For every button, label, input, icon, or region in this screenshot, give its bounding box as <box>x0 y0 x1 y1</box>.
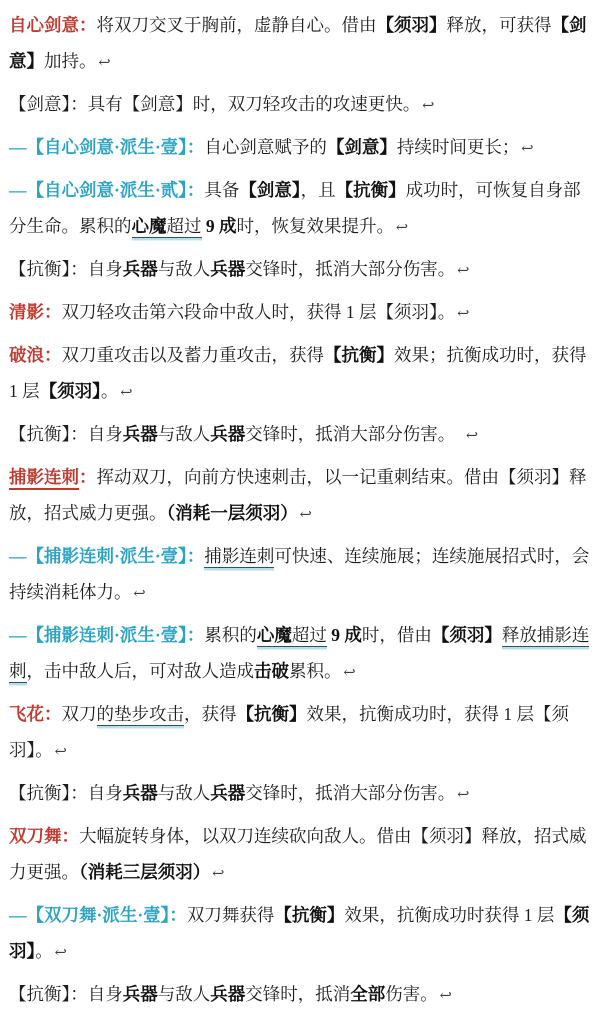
text-run: 【抗衡】 <box>274 905 344 925</box>
text-run: 【抗衡】：自身 <box>9 984 123 1004</box>
text-run: 【抗衡】：自身 <box>9 424 123 444</box>
text-run: 【抗衡】 <box>324 345 394 365</box>
text-run: 【须羽】 <box>432 625 502 645</box>
text-run: —【自心剑意·派生·贰】： <box>9 180 204 200</box>
text-run: 与敌人 <box>158 424 211 444</box>
paragraph: 双刀舞：大幅旋转身体，以双刀连续砍向敌人。借由【须羽】释放，招式威力更强。（消耗… <box>9 818 591 892</box>
text-run: 交锋时，抵消大部分伤害。 <box>245 783 455 803</box>
text-run: 9 成 <box>202 216 237 236</box>
paragraph: 捕影连刺：挥动双刀，向前方快速刺击，以一记重刺结束。借由【须羽】释放，招式威力更… <box>9 459 591 533</box>
text-run: 【抗衡】 <box>237 704 307 724</box>
paragraph: 破浪：双刀重攻击以及蓄力重攻击，获得【抗衡】效果；抗衡成功时，获得 1 层【须羽… <box>9 337 591 411</box>
paragraph-return-icon: ↩ <box>521 141 533 157</box>
paragraph: —【捕影连刺·派生·壹】：累积的心魔超过 9 成时，借由【须羽】释放捕影连刺，击… <box>9 617 591 691</box>
paragraph: —【捕影连刺·派生·壹】：捕影连刺可快速、连续施展；连续施展招式时，会持续消耗体… <box>9 538 591 612</box>
text-run: ，击中敌人后，可对敌人造成 <box>27 661 255 681</box>
paragraph-return-icon: ↩ <box>457 306 469 322</box>
text-run: 超过 <box>167 216 202 238</box>
text-run: 自心剑意赋予的 <box>204 137 327 157</box>
text-run: 心魔 <box>132 216 167 238</box>
text-run: 的垫步攻击 <box>97 704 185 726</box>
text-run: 【剑意】：具有【剑意】时，双刀轻攻击的攻速更快。 <box>9 94 420 114</box>
text-run: 【抗衡】：自身 <box>9 259 123 279</box>
text-run: 兵器 <box>210 783 245 803</box>
text-run: —【自心剑意·派生·壹】： <box>9 137 204 157</box>
text-run: 与敌人 <box>158 984 211 1004</box>
paragraph-return-icon: ↩ <box>457 787 469 803</box>
paragraph: 清影：双刀轻攻击第六段命中敌人时，获得 1 层【须羽】。↩ <box>9 294 591 332</box>
text-run: ： <box>79 467 97 487</box>
text-run: ，获得 <box>184 704 237 724</box>
text-run: 将双刀交叉于胸前，虚静自心。借由 <box>97 15 377 35</box>
paragraph: 【抗衡】：自身兵器与敌人兵器交锋时，抵消大部分伤害。 ↩ <box>9 416 591 454</box>
text-run: 。 <box>35 941 53 961</box>
text-run: 与敌人 <box>158 259 211 279</box>
text-run: 交锋时，抵消 <box>245 984 350 1004</box>
paragraph-return-icon: ↩ <box>99 55 111 71</box>
text-run: —【捕影连刺·派生·壹】： <box>9 546 204 566</box>
paragraph: 自心剑意：将双刀交叉于胸前，虚静自心。借由【须羽】释放，可获得【剑意】加持。↩ <box>9 7 591 81</box>
paragraph-return-icon: ↩ <box>300 507 312 523</box>
paragraph-return-icon: ↩ <box>422 98 434 114</box>
text-run: 兵器 <box>210 424 245 444</box>
text-run: 破浪： <box>9 345 62 365</box>
text-run: 具备 <box>204 180 239 200</box>
text-run: 持续时间更长； <box>397 137 520 157</box>
text-run: 双刀重攻击以及蓄力重攻击，获得 <box>62 345 325 365</box>
paragraph: —【自心剑意·派生·壹】：自心剑意赋予的【剑意】持续时间更长；↩ <box>9 129 591 167</box>
text-run: 自心剑意： <box>9 15 97 35</box>
text-run: （消耗三层须羽） <box>79 862 210 882</box>
text-run: 双刀舞获得 <box>187 905 275 925</box>
text-run: 与敌人 <box>158 783 211 803</box>
text-run: —【捕影连刺·派生·壹】： <box>9 625 204 645</box>
text-run: 交锋时，抵消大部分伤害。 <box>245 424 464 444</box>
paragraph-return-icon: ↩ <box>55 744 67 760</box>
text-run: 兵器 <box>123 424 158 444</box>
text-run: 【抗衡】：自身 <box>9 783 123 803</box>
text-run: 时，恢复效果提升。 <box>237 216 395 236</box>
paragraph: 【剑意】：具有【剑意】时，双刀轻攻击的攻速更快。↩ <box>9 86 591 124</box>
paragraph-return-icon: ↩ <box>344 665 356 681</box>
text-run: 时，借由 <box>362 625 432 645</box>
text-run: 效果，抗衡成功时获得 1 层 <box>344 905 554 925</box>
text-run: 捕影连刺 <box>9 467 79 490</box>
document-page: 自心剑意：将双刀交叉于胸前，虚静自心。借由【须羽】释放，可获得【剑意】加持。↩【… <box>0 0 600 1023</box>
text-run: 累积。 <box>289 661 342 681</box>
text-run: 。 <box>101 381 119 401</box>
text-run: 双刀轻攻击第六段命中敌人时，获得 1 层【须羽】。 <box>62 302 456 322</box>
text-run: 全部 <box>350 984 385 1004</box>
text-run: 兵器 <box>123 783 158 803</box>
text-run: （消耗一层须羽） <box>167 503 298 523</box>
text-run: 兵器 <box>210 259 245 279</box>
paragraph: 【抗衡】：自身兵器与敌人兵器交锋时，抵消大部分伤害。↩ <box>9 775 591 813</box>
paragraph: 【抗衡】：自身兵器与敌人兵器交锋时，抵消全部伤害。↩ <box>9 976 591 1014</box>
text-run: 【剑意】 <box>327 137 397 157</box>
text-run: 清影： <box>9 302 62 322</box>
text-run: 交锋时，抵消大部分伤害。 <box>245 259 455 279</box>
paragraph-return-icon: ↩ <box>134 586 146 602</box>
paragraph-return-icon: ↩ <box>440 988 452 1004</box>
text-run: 【须羽】 <box>40 381 101 401</box>
text-run: ，且 <box>301 180 336 200</box>
text-run: 兵器 <box>123 259 158 279</box>
text-run: 【须羽】 <box>377 15 447 35</box>
paragraph-return-icon: ↩ <box>55 945 67 961</box>
text-run: 飞花： <box>9 704 62 724</box>
text-run: 捕影连刺 <box>204 546 274 568</box>
text-run: 加持。 <box>44 51 97 71</box>
paragraph: —【自心剑意·派生·贰】：具备【剑意】，且【抗衡】成功时，可恢复自身部分生命。累… <box>9 172 591 246</box>
text-run: 超过 <box>292 625 327 647</box>
text-run: 双刀 <box>62 704 97 724</box>
text-run: 双刀舞： <box>9 826 79 846</box>
text-run: 累积的 <box>204 625 257 645</box>
text-run: 心魔 <box>257 625 292 647</box>
paragraph-return-icon: ↩ <box>457 263 469 279</box>
text-run: 伤害。 <box>385 984 438 1004</box>
paragraph-return-icon: ↩ <box>120 385 132 401</box>
paragraph: 【抗衡】：自身兵器与敌人兵器交锋时，抵消大部分伤害。↩ <box>9 251 591 289</box>
paragraph-return-icon: ↩ <box>396 220 408 236</box>
text-run: 9 成 <box>327 625 362 645</box>
text-run: 释放，可获得 <box>447 15 552 35</box>
paragraph: 飞花：双刀的垫步攻击，获得【抗衡】效果，抗衡成功时，获得 1 层【须羽】。↩ <box>9 696 591 770</box>
text-run: 兵器 <box>123 984 158 1004</box>
text-run: 击破 <box>254 661 289 681</box>
text-run: 兵器 <box>210 984 245 1004</box>
text-run: 【抗衡】 <box>336 180 406 200</box>
paragraph-return-icon: ↩ <box>212 866 224 882</box>
text-run: 【剑意】 <box>239 180 300 200</box>
paragraph-return-icon: ↩ <box>466 428 478 444</box>
text-run: —【双刀舞·派生·壹】： <box>9 905 187 925</box>
